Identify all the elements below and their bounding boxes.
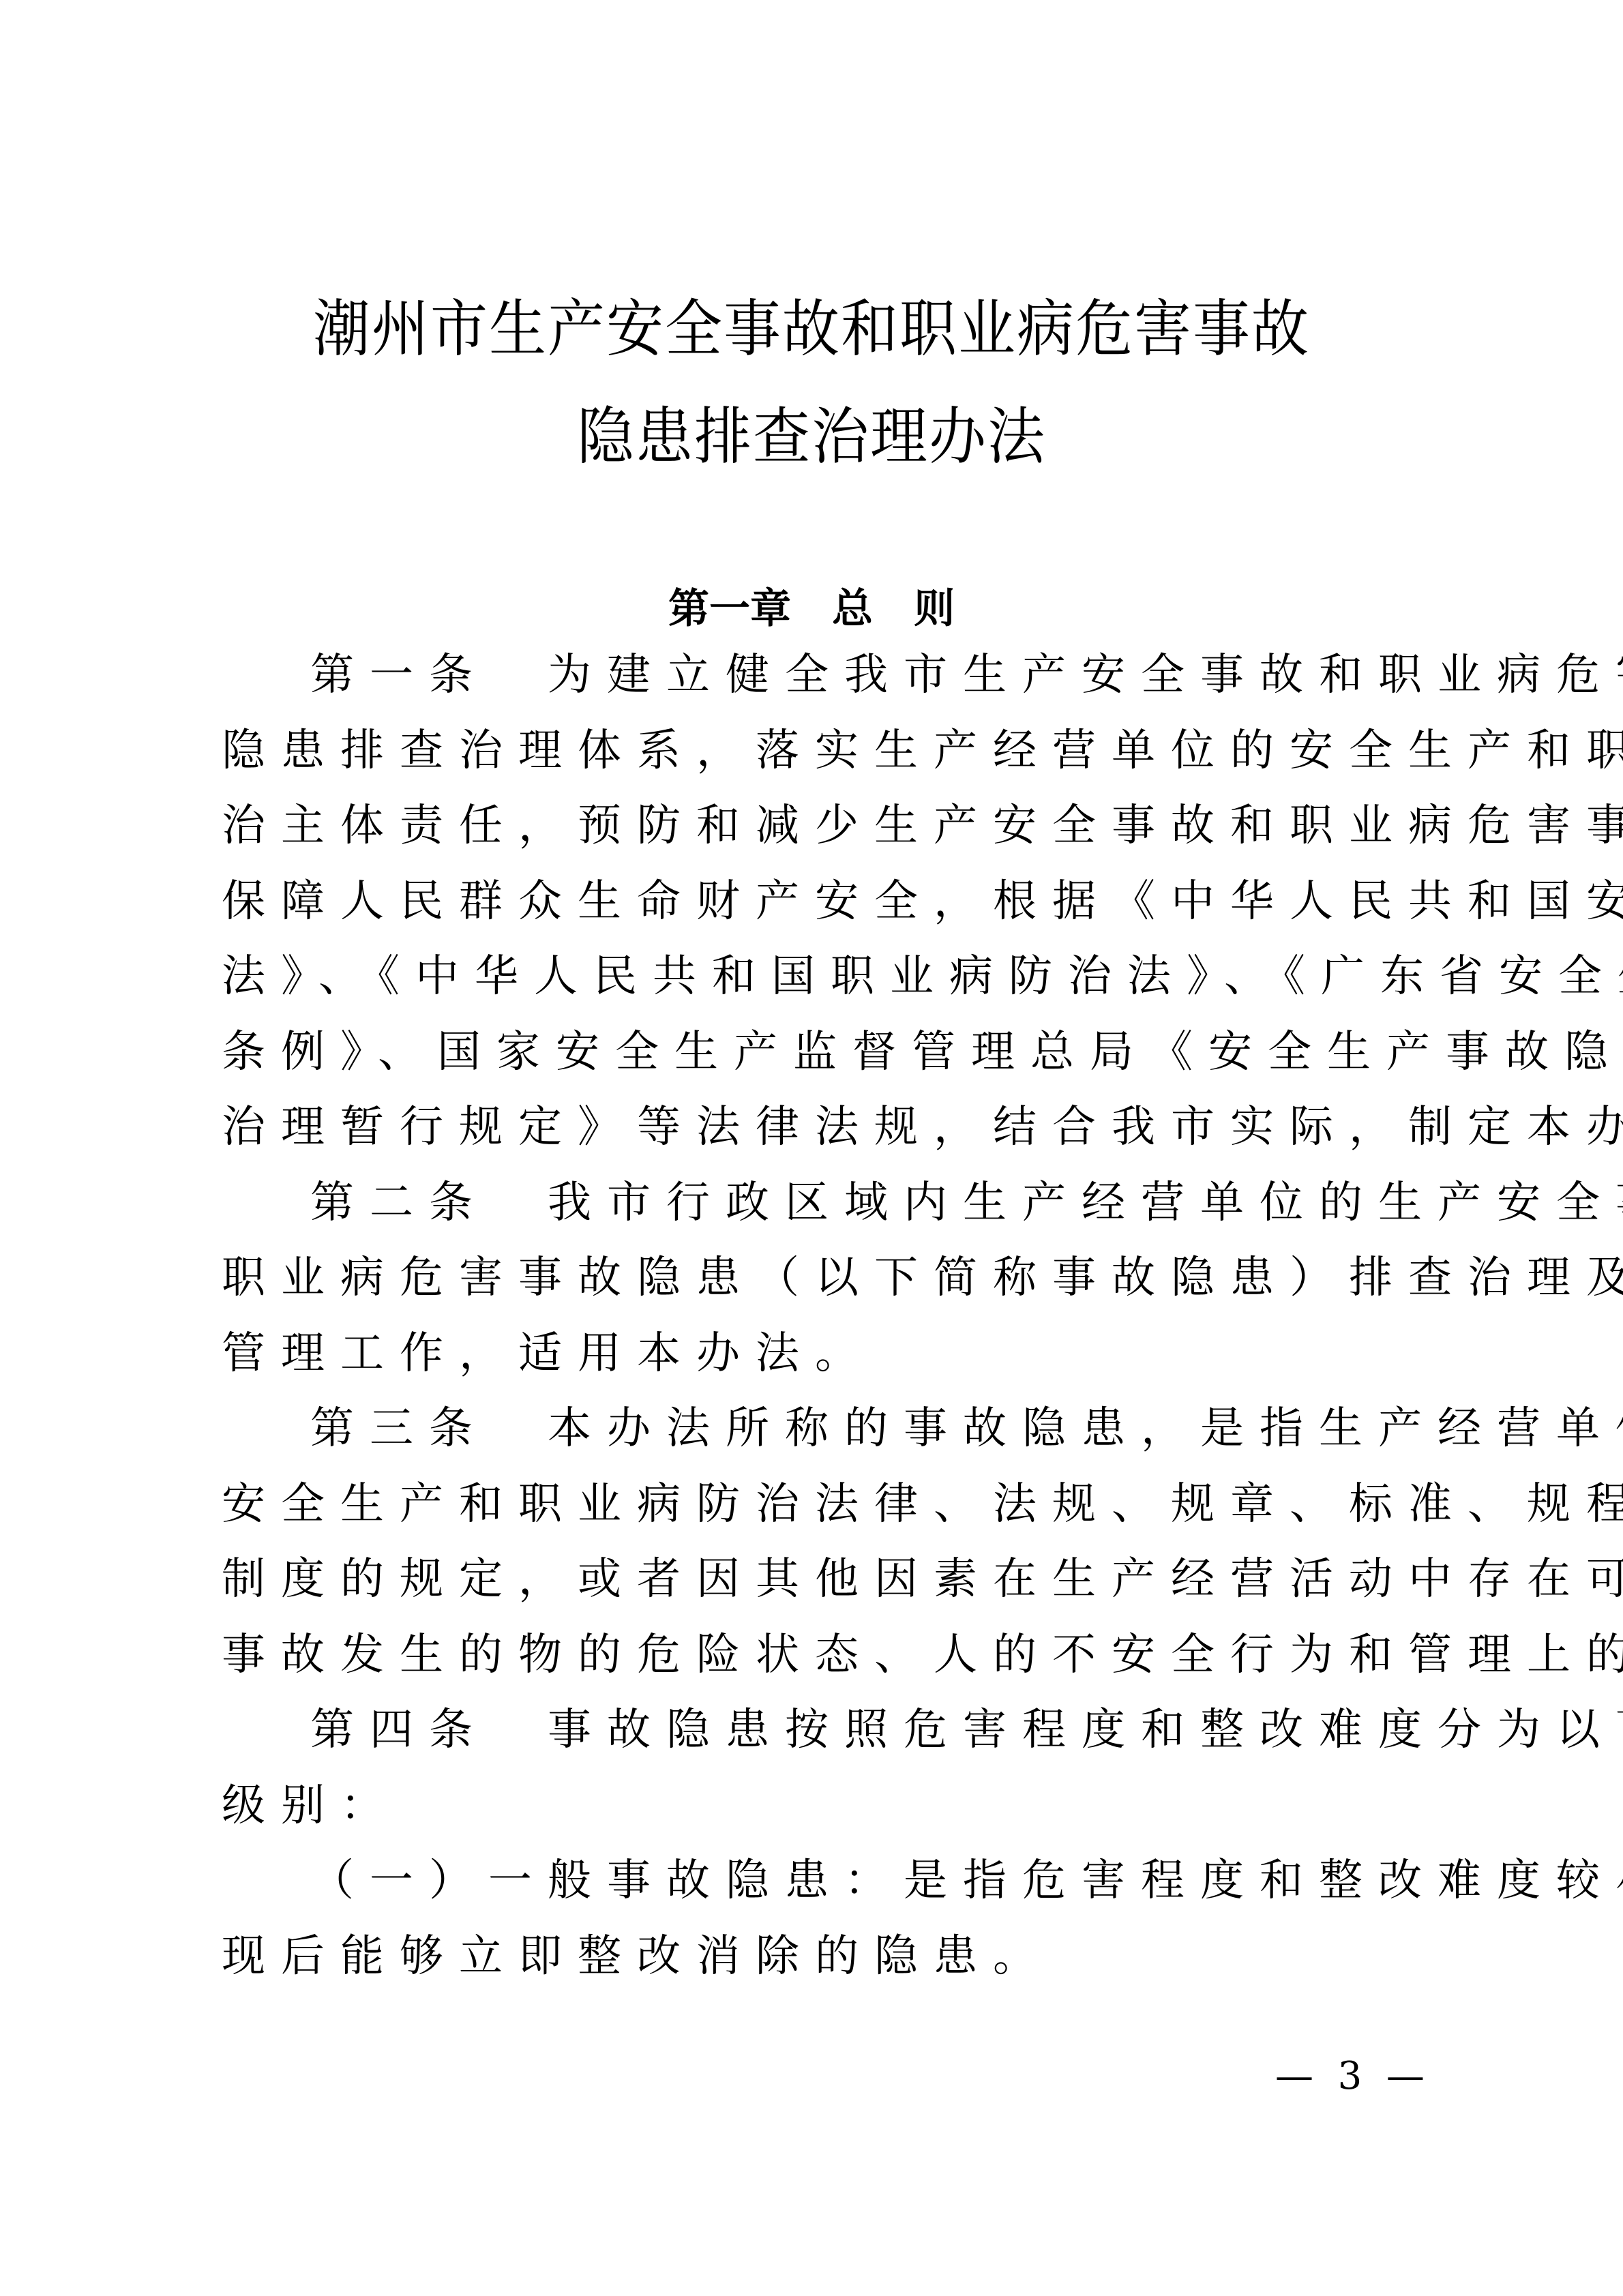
page-number: — 3 — [1275,2053,1425,2100]
title-line-1: 潮州市生产安全事故和职业病危害事故 [0,298,1623,360]
article-2: 第二条 我市行政区域内生产经营单位的生产安全事故和 职业病危害事故隐患（以下简称… [222,1176,1412,1402]
article-1-line-3: 治主体责任，预防和减少生产安全事故和职业病危害事故发生， [222,799,1412,874]
article-1-line-1: 第一条 为建立健全我市生产安全事故和职业病危害事故 [222,648,1412,724]
article-3-line-3: 制度的规定，或者因其他因素在生产经营活动中存在可能导致 [222,1552,1412,1628]
item-1-line-2: 现后能够立即整改消除的隐患。 [222,1929,1412,2005]
item-1-line-1: （一）一般事故隐患：是指危害程度和整改难度较小，发 [222,1853,1412,1929]
article-1-line-7: 治理暂行规定》等法律法规，结合我市实际，制定本办法。 [222,1100,1412,1176]
article-3-line-4: 事故发生的物的危险状态、人的不安全行为和管理上的缺陷。 [222,1628,1412,1703]
document-body: 第一条 为建立健全我市生产安全事故和职业病危害事故 隐患排查治理体系，落实生产经… [222,648,1412,2004]
article-1-line-6: 条例》、国家安全生产监督管理总局《安全生产事故隐患排查 [222,1025,1412,1101]
article-1-line-4: 保障人民群众生命财产安全，根据《中华人民共和国安全生产 [222,874,1412,950]
chapter-heading: 第一章 总 则 [0,585,1623,633]
article-3-line-1: 第三条 本办法所称的事故隐患，是指生产经营单位违反 [222,1401,1412,1477]
article-1: 第一条 为建立健全我市生产安全事故和职业病危害事故 隐患排查治理体系，落实生产经… [222,648,1412,1176]
article-2-line-3: 管理工作，适用本办法。 [222,1326,1412,1402]
article-3: 第三条 本办法所称的事故隐患，是指生产经营单位违反 安全生产和职业病防治法律、法… [222,1401,1412,1703]
article-2-line-1: 第二条 我市行政区域内生产经营单位的生产安全事故和 [222,1176,1412,1251]
document-title: 潮州市生产安全事故和职业病危害事故 隐患排查治理办法 [0,300,1623,465]
title-line-2: 隐患排查治理办法 [0,406,1623,468]
article-4-item-1: （一）一般事故隐患：是指危害程度和整改难度较小，发 现后能够立即整改消除的隐患。 [222,1853,1412,2004]
article-4: 第四条 事故隐患按照危害程度和整改难度分为以下两个 级别： [222,1703,1412,1853]
article-1-line-2: 隐患排查治理体系，落实生产经营单位的安全生产和职业病防 [222,724,1412,799]
article-2-line-2: 职业病危害事故隐患（以下简称事故隐患）排查治理及其监督 [222,1251,1412,1326]
article-4-line-1: 第四条 事故隐患按照危害程度和整改难度分为以下两个 [222,1703,1412,1778]
article-1-line-5: 法》、《中华人民共和国职业病防治法》、《广东省安全生产 [222,949,1412,1025]
article-4-line-2: 级别： [222,1778,1412,1854]
document-page: 潮州市生产安全事故和职业病危害事故 隐患排查治理办法 第一章 总 则 第一条 为… [0,0,1623,2296]
article-3-line-2: 安全生产和职业病防治法律、法规、规章、标准、规程和管理 [222,1477,1412,1553]
